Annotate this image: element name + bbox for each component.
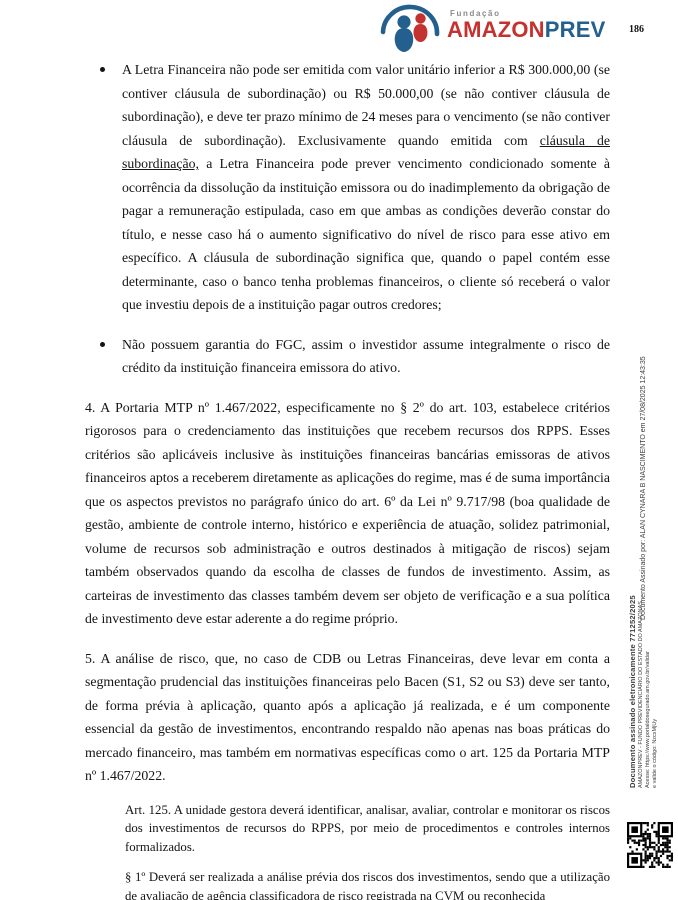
bullet-dot-icon	[100, 67, 105, 72]
text-segment: Não possuem garantia do FGC, assim o inv…	[122, 337, 610, 376]
quote-art-125: Art. 125. A unidade gestora deverá ident…	[125, 801, 610, 857]
logo-amazon-part: AMAZON	[447, 17, 545, 42]
bullet-item-letra-financeira: A Letra Financeira não pode ser emitida …	[85, 58, 610, 317]
quote-paragrafo-1: § 1º Deverá ser realizada a análise prév…	[125, 868, 610, 900]
logo-text: Fundação AMAZONPREV	[447, 1, 605, 41]
amazonprev-logo: Fundação AMAZONPREV	[379, 1, 605, 53]
qr-code	[627, 822, 673, 868]
bullet-text: A Letra Financeira não pode ser emitida …	[122, 62, 610, 312]
document-body: A Letra Financeira não pode ser emitida …	[85, 58, 610, 900]
signature-title: Documento assinado eletronicamente 77125…	[627, 595, 638, 788]
signature-signed-by-text: Documento Assinado por: ALAN CYNARA B NA…	[639, 356, 648, 620]
logo-brand-name: AMAZONPREV	[447, 19, 605, 41]
bullet-text: Não possuem garantia do FGC, assim o inv…	[122, 337, 610, 376]
paragraph-5: 5. A análise de risco, que, no caso de C…	[85, 647, 610, 788]
page-number: 186	[629, 24, 644, 35]
bullet-item-fgc: Não possuem garantia do FGC, assim o inv…	[85, 333, 610, 380]
logo-prev-part: PREV	[545, 17, 606, 42]
signature-code-line: e valide o código: NzcxMjUy	[652, 595, 659, 788]
signature-url-line: Acesse: https://www.portaldosegurado.am.…	[645, 595, 652, 788]
signature-entity-line: AMAZONPREV - FUNDO PREVIDENCIÁRIO DO EST…	[638, 595, 645, 788]
two-people-under-arc-icon	[379, 1, 441, 53]
paragraph-4: 4. A Portaria MTP nº 1.467/2022, especif…	[85, 396, 610, 631]
text-segment: A Letra Financeira não pode ser emitida …	[122, 62, 610, 148]
text-segment: a Letra Financeira pode prever venciment…	[122, 156, 610, 312]
signature-validation-block: Documento assinado eletronicamente 77125…	[627, 595, 659, 788]
document-page: Fundação AMAZONPREV 186 A Letra Financei…	[0, 0, 678, 900]
bullet-dot-icon	[100, 342, 105, 347]
